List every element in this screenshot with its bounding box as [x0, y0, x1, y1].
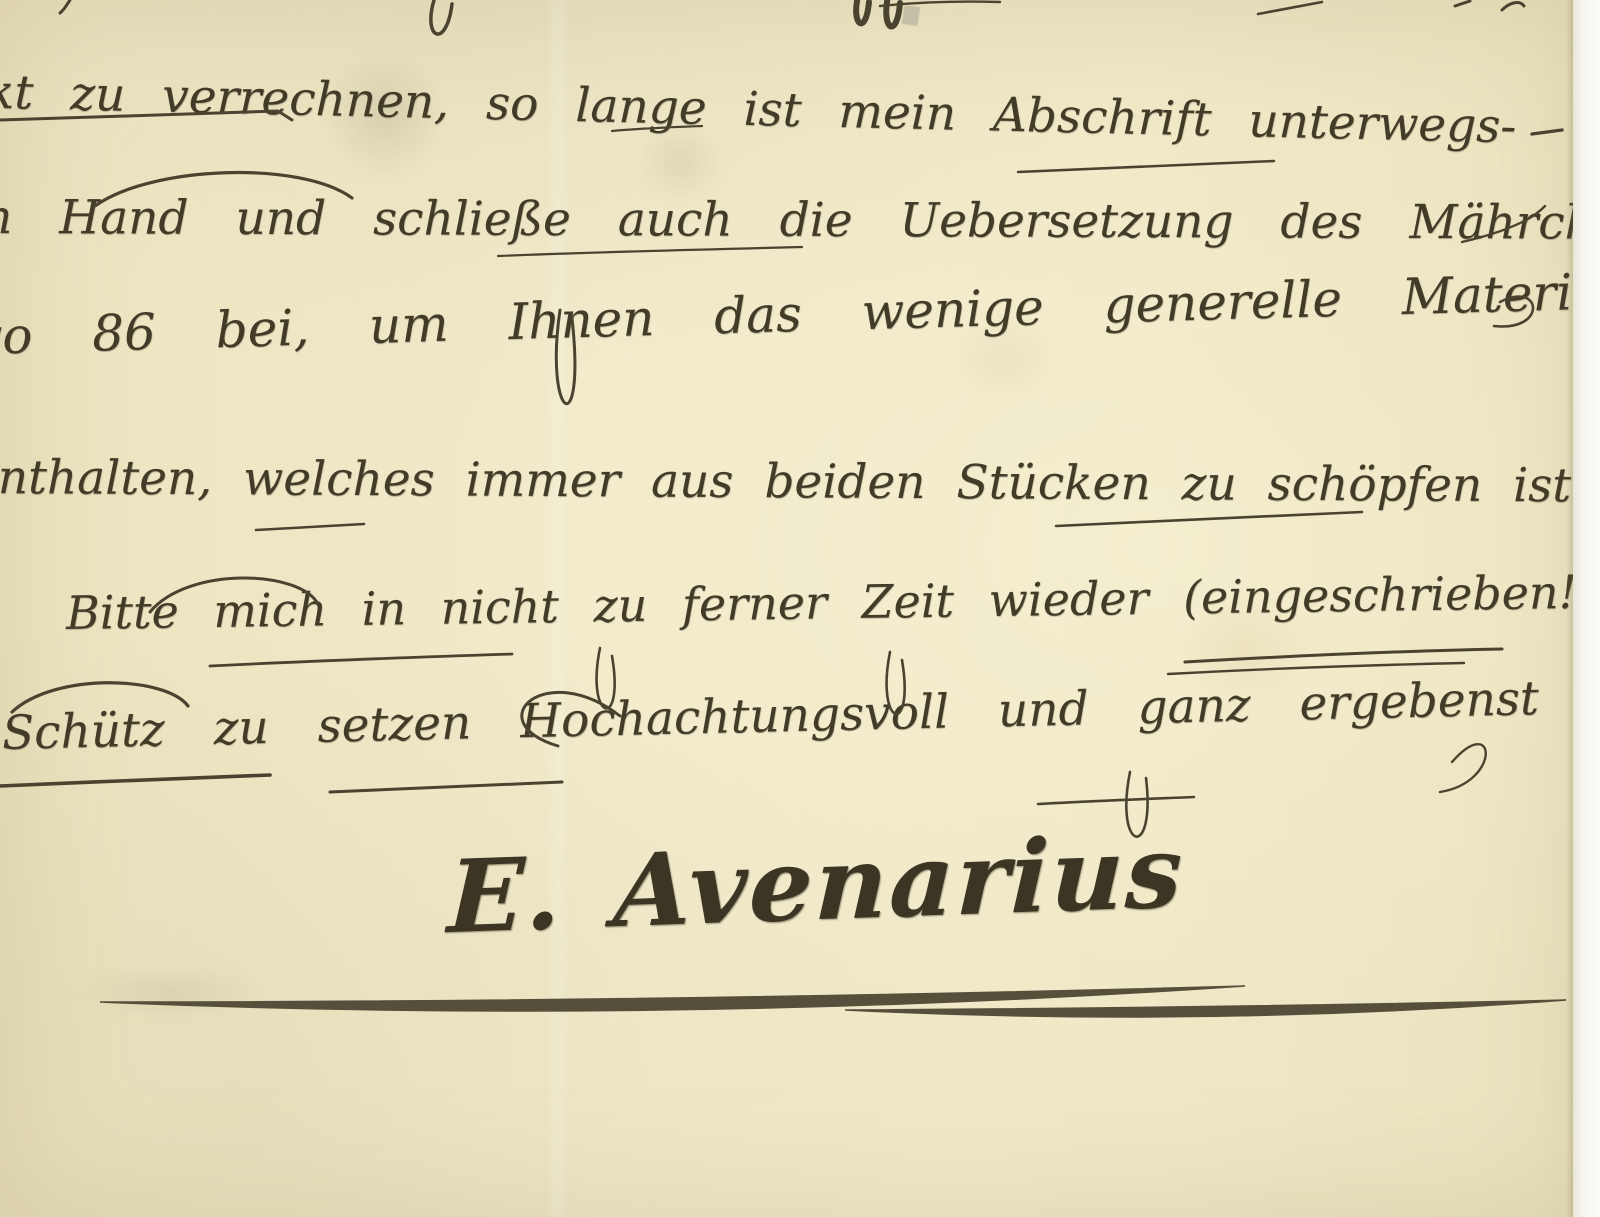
signature-swoosh-stroke	[100, 986, 1245, 1011]
gray-speck-mark	[902, 5, 920, 26]
paper-edge-shadow	[1566, 0, 1573, 1217]
underline-stroke	[0, 775, 270, 786]
handwritten-line-3: vo 86 bei, um Ihnen das wenige generelle…	[0, 262, 1600, 366]
underline-stroke	[210, 654, 512, 666]
underline-stroke	[256, 524, 364, 530]
cutoff-underline-fragment	[880, 2, 1000, 6]
faint-pencil-ghost	[35, 955, 305, 1030]
terminal-flourish	[1440, 744, 1486, 792]
underline-stroke	[1038, 797, 1194, 804]
manuscript-page: akt zu verrechnen, so lange ist mein Abs…	[0, 0, 1600, 1217]
underline-stroke	[330, 782, 562, 792]
scan-background-strip	[1573, 0, 1600, 1217]
handwritten-line-4: enthalten, welches immer aus beiden Stüc…	[0, 450, 1586, 513]
signature-swoosh-stroke	[845, 1000, 1566, 1017]
handwritten-line-2: n Hand und schließe auch die Uebersetzun…	[0, 190, 1600, 251]
cutoff-stroke-fragment	[1455, 1, 1524, 10]
cutoff-descender-stroke	[856, 0, 869, 23]
double-underline-stroke	[1185, 649, 1502, 662]
double-underline-stroke	[1168, 663, 1464, 674]
handwritten-line-5: Bitte mich in nicht zu ferner Zeit wiede…	[66, 565, 1596, 640]
cutoff-descender-stroke	[886, 0, 900, 27]
handwritten-line-1: akt zu verrechnen, so lange ist mein Abs…	[0, 64, 1517, 154]
underline-stroke	[1018, 161, 1274, 172]
hyphen-stroke	[1532, 130, 1562, 134]
cutoff-descender-loop	[431, 0, 452, 34]
underline-stroke	[1056, 512, 1362, 526]
signature: E. Avenarius	[446, 812, 1186, 956]
cutoff-comma-fragment	[60, 0, 70, 13]
handwritten-closing-line: Schütz zu setzen Hochachtungsvoll und ga…	[1, 671, 1539, 761]
cutoff-stroke-fragment	[1258, 2, 1322, 14]
underline-stroke	[498, 247, 802, 256]
